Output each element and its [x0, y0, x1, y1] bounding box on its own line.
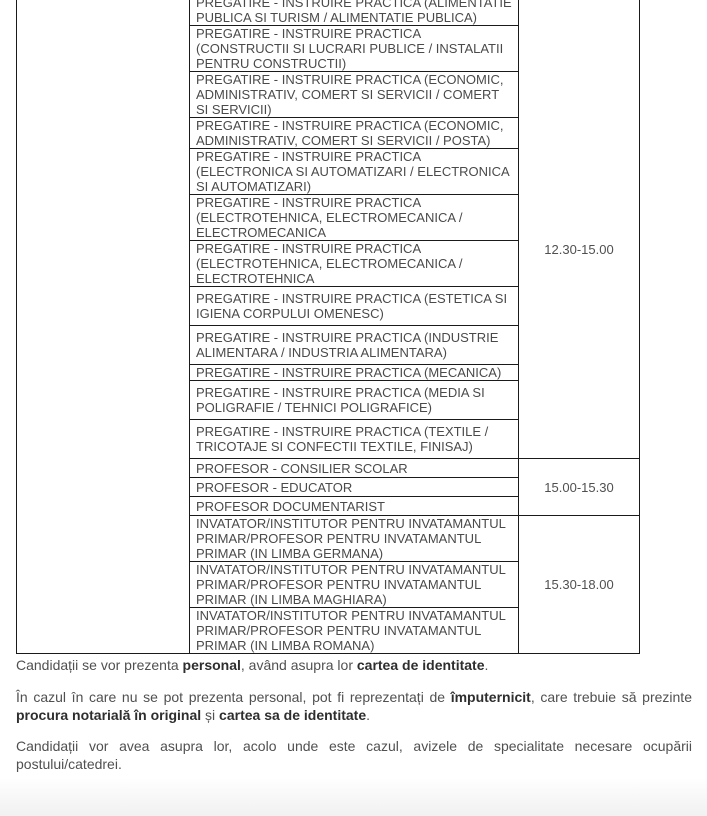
post-name-cell: PROFESOR - CONSILIER SCOLAR — [190, 459, 519, 478]
post-name-cell: PREGATIRE - INSTRUIRE PRACTICA (ELECTROT… — [190, 241, 519, 287]
schedule-table-body: VINERI, 1 AUGUST 2025PREGATIRE - INSTRUI… — [17, 0, 640, 654]
time-slot: 15.00-15.30 — [544, 480, 613, 495]
post-name-cell: INVATATOR/INSTITUTOR PENTRU INVATAMANTUL… — [190, 562, 519, 608]
post-name-cell: PROFESOR - EDUCATOR — [190, 478, 519, 497]
time-slot: 12.30-15.00 — [525, 242, 633, 257]
time-slot: 15.30-18.00 — [544, 577, 613, 592]
post-name-cell: PREGATIRE - INSTRUIRE PRACTICA (ECONOMIC… — [190, 72, 519, 118]
post-name-cell: PREGATIRE - INSTRUIRE PRACTICA (TEXTILE … — [190, 420, 519, 459]
exam-date-cell: VINERI, 1 AUGUST 2025 — [17, 0, 190, 654]
emphasis-representative: împuternicit — [451, 689, 531, 705]
post-name-cell: PREGATIRE - INSTRUIRE PRACTICA (MECANICA… — [190, 365, 519, 381]
note-representative: În cazul în care nu se pot prezenta pers… — [16, 688, 692, 724]
page-content: VINERI, 1 AUGUST 2025PREGATIRE - INSTRUI… — [16, 0, 692, 786]
post-name-cell: PREGATIRE - INSTRUIRE PRACTICA (MEDIA SI… — [190, 381, 519, 420]
emphasis-representative-id: cartea sa de identitate — [219, 707, 366, 723]
post-name-cell: PREGATIRE - INSTRUIRE PRACTICA (ELECTRON… — [190, 149, 519, 195]
time-slot-cell: 15.30-18.00 — [519, 516, 640, 654]
schedule-table: VINERI, 1 AUGUST 2025PREGATIRE - INSTRUI… — [16, 0, 640, 654]
post-name-cell: PROFESOR DOCUMENTARIST — [190, 497, 519, 516]
emphasis-notarial-proxy: procura notarială în original — [16, 707, 201, 723]
post-name-cell: INVATATOR/INSTITUTOR PENTRU INVATAMANTUL… — [190, 608, 519, 654]
note-specialty-approvals: Candidații vor avea asupra lor, acolo un… — [16, 737, 692, 773]
post-name-cell: PREGATIRE - INSTRUIRE PRACTICA (CONSTRUC… — [190, 26, 519, 72]
post-name-cell: PREGATIRE - INSTRUIRE PRACTICA (ELECTROT… — [190, 195, 519, 241]
post-name-cell: PREGATIRE - INSTRUIRE PRACTICA (ESTETICA… — [190, 287, 519, 326]
emphasis-id-card: cartea de identitate — [357, 657, 485, 673]
table-row: VINERI, 1 AUGUST 2025PREGATIRE - INSTRUI… — [17, 0, 640, 26]
post-name-cell: INVATATOR/INSTITUTOR PENTRU INVATAMANTUL… — [190, 516, 519, 562]
time-slot-cell: 15.00-15.30 — [519, 459, 640, 516]
notes-section: Candidații se vor prezenta personal, avâ… — [16, 656, 692, 773]
emphasis-personal: personal — [183, 657, 241, 673]
time-slot-cell: 12.30-15.00 — [519, 0, 640, 459]
post-name-cell: PREGATIRE - INSTRUIRE PRACTICA (ALIMENTA… — [190, 0, 519, 26]
note-personal-presence: Candidații se vor prezenta personal, avâ… — [16, 656, 692, 674]
post-name-cell: PREGATIRE - INSTRUIRE PRACTICA (ECONOMIC… — [190, 118, 519, 149]
post-name-cell: PREGATIRE - INSTRUIRE PRACTICA (INDUSTRI… — [190, 326, 519, 365]
